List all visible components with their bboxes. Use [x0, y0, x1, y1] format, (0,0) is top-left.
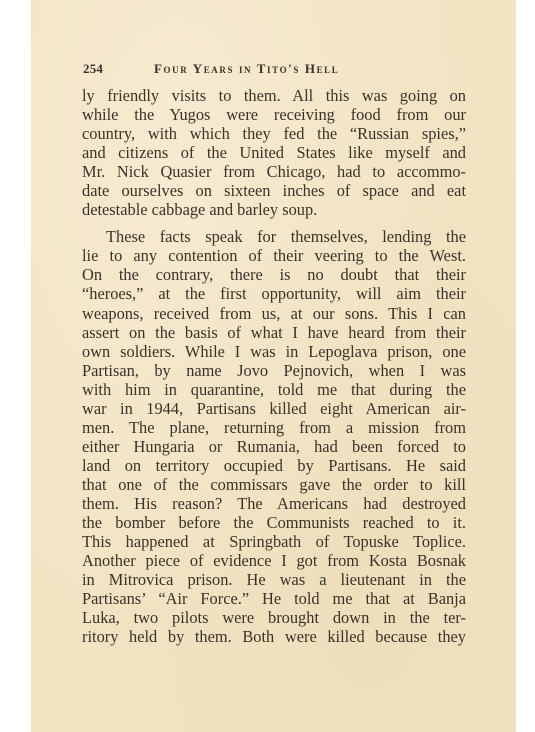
- body-text: ly friendly visits to them. All this was…: [82, 86, 466, 646]
- paragraph-1: ly friendly visits to them. All this was…: [82, 86, 466, 219]
- text-line: These facts speak for themselves, lendin…: [82, 227, 466, 246]
- text-line: own soldiers. While I was in Lepoglava p…: [82, 342, 466, 361]
- text-line: while the Yugos were receiving food from…: [82, 105, 466, 124]
- text-line: and citizens of the United States like m…: [82, 143, 466, 162]
- text-line: in Mitrovica prison. He was a lieutenant…: [82, 570, 466, 589]
- page-number: 254: [83, 61, 103, 77]
- text-line: ly friendly visits to them. All this was…: [82, 86, 466, 105]
- text-line: “heroes,” at the first opportunity, will…: [82, 284, 466, 303]
- text-line: This happened at Springbath of Topuske T…: [82, 532, 466, 551]
- text-line: land on territory occupied by Partisans.…: [82, 456, 466, 475]
- text-line: Partisan, by name Jovo Pejnovich, when I…: [82, 361, 466, 380]
- text-line: On the contrary, there is no doubt that …: [82, 265, 466, 284]
- text-line: war in 1944, Partisans killed eight Amer…: [82, 399, 466, 418]
- text-line: men. The plane, returning from a mission…: [82, 418, 466, 437]
- text-line: that one of the commissars gave the orde…: [82, 475, 466, 494]
- text-line: them. His reason? The Americans had dest…: [82, 494, 466, 513]
- text-line: either Hungaria or Rumania, had been for…: [82, 437, 466, 456]
- text-line: country, with which they fed the “Russia…: [82, 124, 466, 143]
- text-line: ritory held by them. Both were killed be…: [82, 627, 466, 646]
- book-title: Four Years in Tito's Hell: [154, 61, 339, 77]
- text-line: Luka, two pilots were brought down in th…: [82, 608, 466, 627]
- text-line: lie to any contention of their veering t…: [82, 246, 466, 265]
- text-line: weapons, received from us, at our sons. …: [82, 304, 466, 323]
- paragraph-2: These facts speak for themselves, lendin…: [82, 227, 466, 646]
- text-line: Partisans’ “Air Force.” He told me that …: [82, 589, 466, 608]
- running-head: 254 Four Years in Tito's Hell: [83, 61, 443, 81]
- text-line: the bomber before the Communists reached…: [82, 513, 466, 532]
- book-page: 254 Four Years in Tito's Hell ly friendl…: [31, 0, 516, 732]
- text-line: Mr. Nick Quasier from Chicago, had to ac…: [82, 162, 466, 181]
- text-line: with him in quarantine, told me that dur…: [82, 380, 466, 399]
- text-line: Another piece of evidence I got from Kos…: [82, 551, 466, 570]
- text-line: detestable cabbage and barley soup.: [82, 200, 466, 219]
- text-line: date ourselves on sixteen inches of spac…: [82, 181, 466, 200]
- text-line: assert on the basis of what I have heard…: [82, 323, 466, 342]
